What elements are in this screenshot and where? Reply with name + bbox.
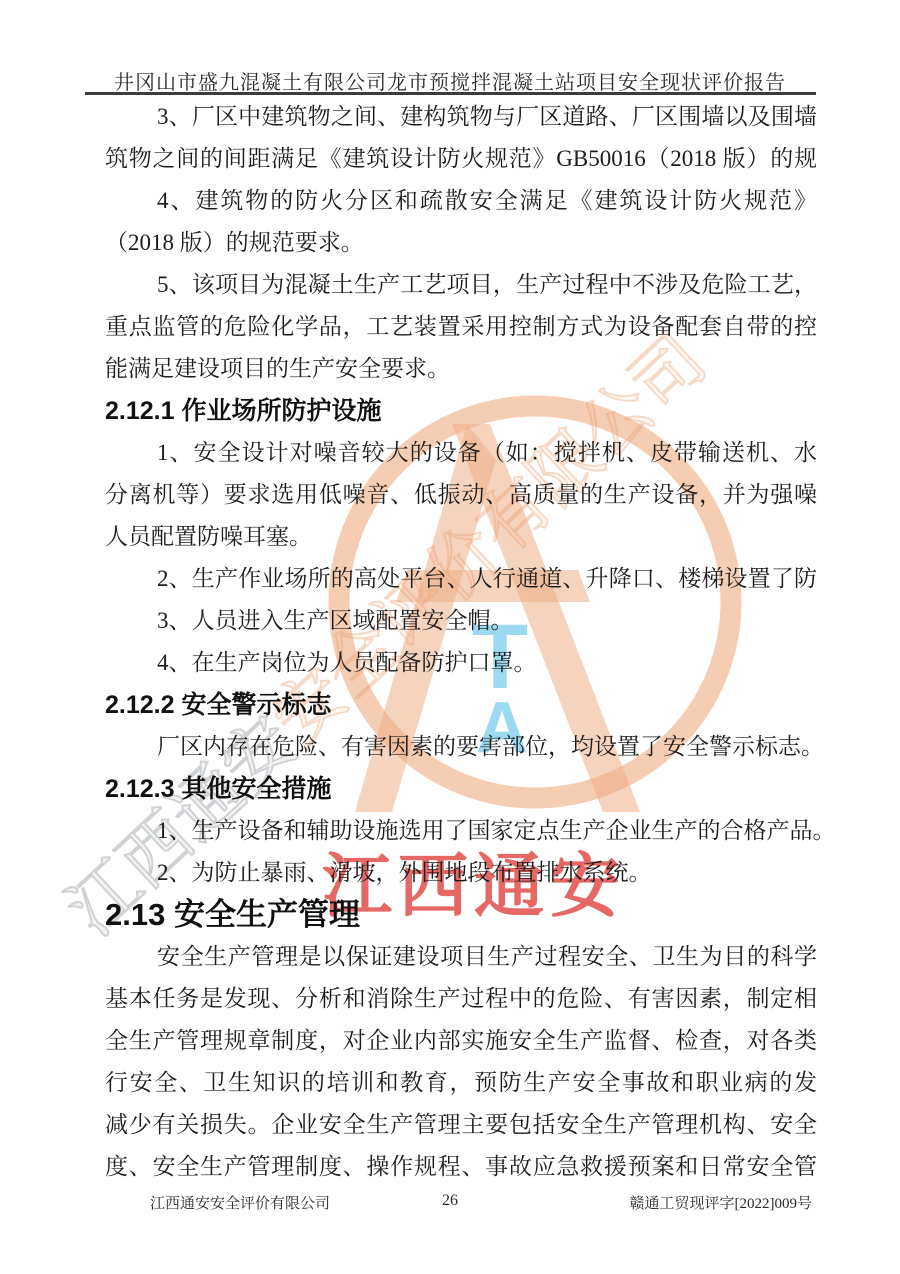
document-body: 3、厂区中建筑物之间、建构筑物与厂区道路、厂区围墙以及围墙外建构筑物之间的间距满… [105, 96, 817, 1188]
header-rule [85, 92, 816, 95]
text-line: 度、安全生产管理制度、操作规程、事故应急救援预案和日常安全管理等方 [105, 1146, 817, 1188]
section-heading: 2.12.2 安全警示标志 [105, 684, 817, 726]
section-heading: 2.12.3 其他安全措施 [105, 768, 817, 810]
text-line: 筑物之间的间距满足《建筑设计防火规范》GB50016（2018 版）的规范要求。 [105, 138, 817, 180]
text-line: 基本任务是发现、分析和消除生产过程中的危险、有害因素，制定相应的安 [105, 978, 817, 1020]
page-footer: 江西通安安全评价有限公司 26 赣通工贸现评字[2022]009号 [0, 1192, 900, 1218]
text-line: 2、生产作业场所的高处平台、人行通道、升降口、楼梯设置了防护栏。 [105, 558, 817, 600]
text-line: 人员配置防噪耳塞。 [105, 516, 817, 558]
text-line: 4、建筑物的防火分区和疏散安全满足《建筑设计防火规范》GB50016 [105, 180, 817, 222]
text-line: 2、为防止暴雨、滑坡，外围地段布置排水系统。 [105, 852, 817, 894]
text-line: 行安全、卫生知识的培训和教育，预防生产安全事故和职业病的发生，避免 [105, 1062, 817, 1104]
text-line: 5、该项目为混凝土生产工艺项目，生产过程中不涉及危险工艺，不涉及 [105, 264, 817, 306]
text-line: 4、在生产岗位为人员配备防护口罩。 [105, 642, 817, 684]
section-heading: 2.13 安全生产管理 [105, 894, 817, 936]
text-line: 3、人员进入生产区域配置安全帽。 [105, 600, 817, 642]
text-line: 3、厂区中建筑物之间、建构筑物与厂区道路、厂区围墙以及围墙外建构 [105, 96, 817, 138]
section-heading: 2.12.1 作业场所防护设施 [105, 390, 817, 432]
text-line: （2018 版）的规范要求。 [105, 222, 817, 264]
text-line: 厂区内存在危险、有害因素的要害部位，均设置了安全警示标志。 [105, 726, 817, 768]
footer-doc-number: 赣通工贸现评字[2022]009号 [630, 1192, 813, 1213]
text-line: 减少有关损失。企业安全生产管理主要包括安全生产管理机构、安全责任制 [105, 1104, 817, 1146]
text-line: 能满足建设项目的生产安全要求。 [105, 348, 817, 390]
text-line: 重点监管的危险化学品，工艺装置采用控制方式为设备配套自带的控制措施， [105, 306, 817, 348]
page-header-title: 井冈山市盛九混凝土有限公司龙市预搅拌混凝土站项目安全现状评价报告 [85, 66, 815, 95]
report-page: T A 江西通安安全评价有限公司 江西通安 井冈山市盛九混凝土有限公司龙市预搅拌… [0, 0, 900, 1274]
text-line: 1、生产设备和辅助设施选用了国家定点生产企业生产的合格产品。 [105, 810, 817, 852]
text-line: 分离机等）要求选用低噪音、低振动、高质量的生产设备，并为强噪音岗位 [105, 474, 817, 516]
text-line: 全生产管理规章制度，对企业内部实施安全生产监督、检查，对各类人员进 [105, 1020, 817, 1062]
text-line: 安全生产管理是以保证建设项目生产过程安全、卫生为目的科学管理。 [105, 936, 817, 978]
text-line: 1、安全设计对噪音较大的设备（如：搅拌机、皮带输送机、水泵、砂石 [105, 432, 817, 474]
